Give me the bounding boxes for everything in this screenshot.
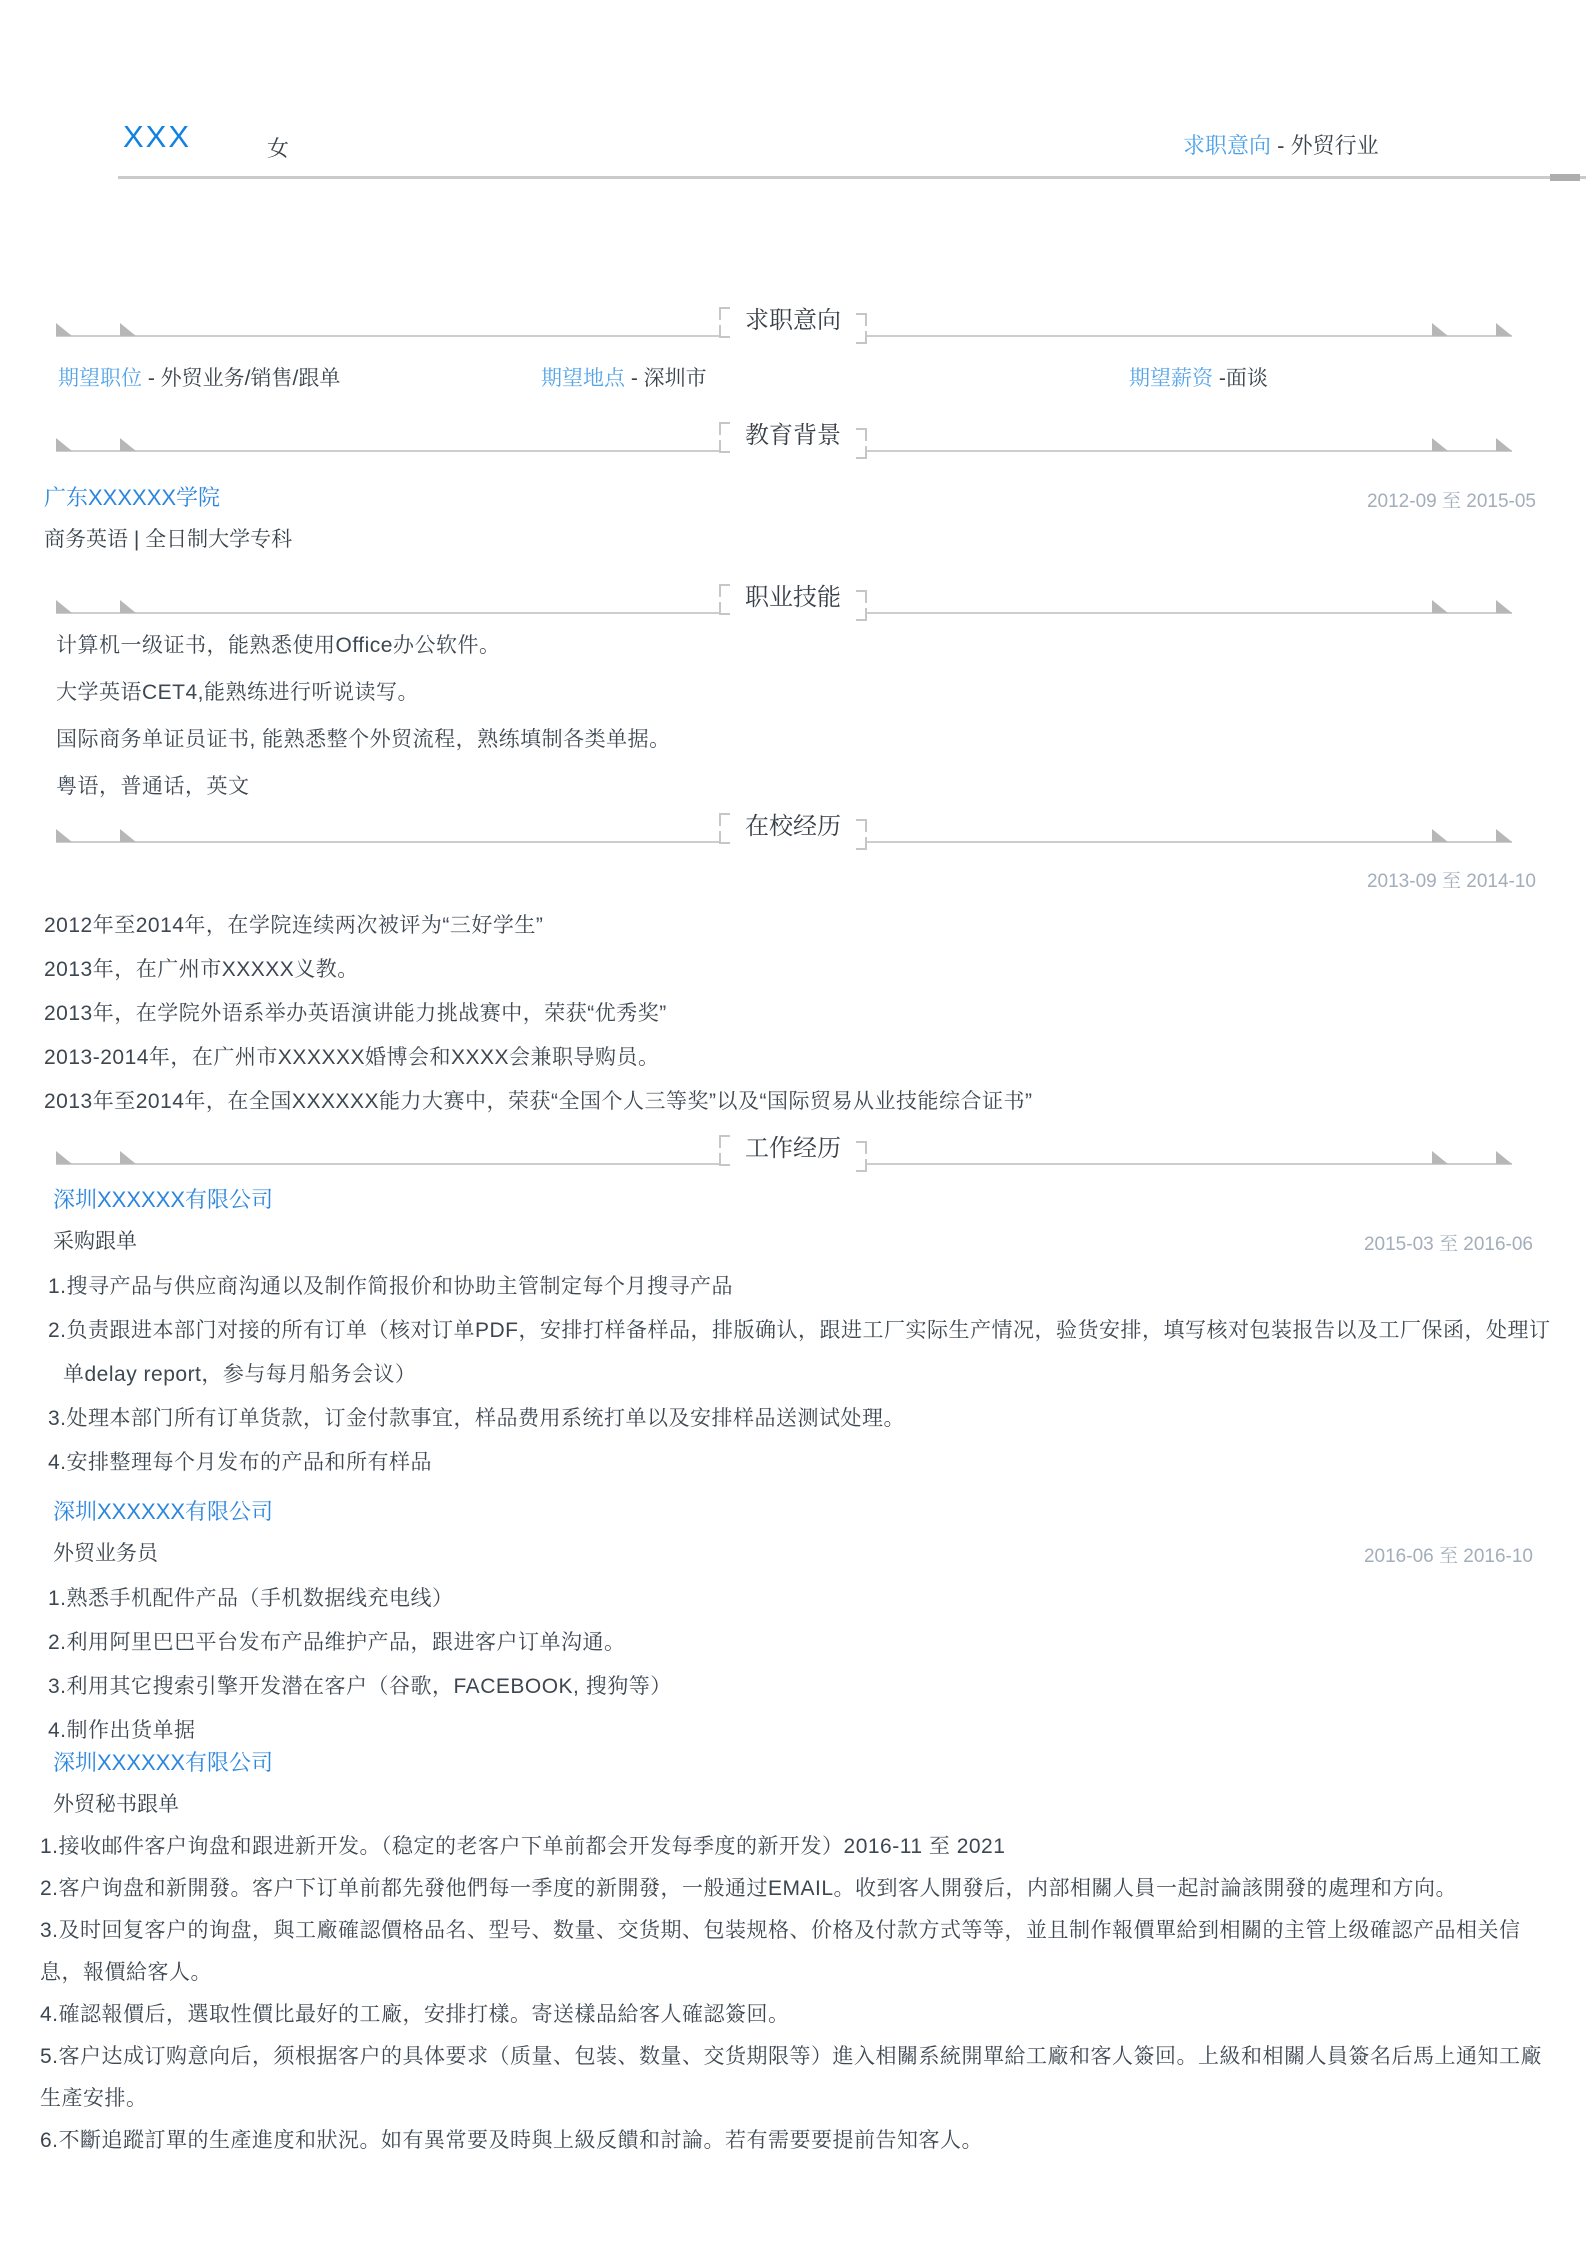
expected-position-label: 期望职位	[58, 367, 142, 390]
skills-list: 计算机一级证书，能熟悉使用Office办公软件。 大学英语CET4,能熟练进行听…	[56, 622, 1536, 810]
triangle-arrow-icon	[1496, 829, 1512, 842]
expected-salary-value: -面谈	[1213, 367, 1268, 390]
section-title-education: 教育背景	[719, 419, 867, 462]
job-role-row: 外贸秘书跟单	[53, 1790, 1533, 1820]
section-title-campus: 在校经历	[719, 810, 867, 853]
section-title-text: 工作经历	[745, 1135, 841, 1162]
header-target-industry: 求职意向 - 外贸行业	[1183, 129, 1379, 160]
job-role-row: 外贸业务员 2016-06 至 2016-10	[53, 1539, 1533, 1569]
corner-bracket-icon	[719, 325, 730, 338]
corner-bracket-icon	[856, 1159, 867, 1172]
campus-item: 2013年，在广州市XXXXX义教。	[44, 948, 1544, 992]
corner-bracket-icon	[856, 819, 867, 832]
expected-position: 期望职位 - 外贸业务/销售/跟单	[58, 362, 340, 392]
expected-location-label: 期望地点	[541, 367, 625, 390]
job-date: 2015-03 至 2016-06	[1364, 1230, 1533, 1260]
job-duty-item: 1.熟悉手机配件产品（手机数据线充电线）	[48, 1577, 1554, 1621]
campus-date: 2013-09 至 2014-10	[1367, 866, 1536, 893]
job-duty-item: 2.客户询盘和新開發。客户下订单前都先發他們每一季度的新開發，一般通过EMAIL…	[40, 1868, 1548, 1910]
job-block: 深圳XXXXXX有限公司 采购跟单 2015-03 至 2016-06 1.搜寻…	[0, 1185, 1586, 1485]
triangle-arrow-icon	[1432, 829, 1448, 842]
job-duty-item: 4.確認報價后，選取性價比最好的工廠，安排打樣。寄送樣品給客人確認簽回。	[40, 1994, 1548, 2036]
corner-bracket-icon	[719, 602, 730, 615]
intention-link: 求职意向	[1183, 133, 1271, 158]
corner-bracket-icon	[856, 590, 867, 603]
job-duty-item: 4.安排整理每个月发布的产品和所有样品	[48, 1441, 1554, 1485]
job-duty-item: 3.及时回复客户的询盘，與工廠確認價格品名、型号、数量、交货期、包装规格、价格及…	[40, 1910, 1548, 1994]
job-duty-list: 1.搜寻产品与供应商沟通以及制作简报价和协助主管制定每个月搜寻产品 2.负责跟进…	[48, 1265, 1554, 1485]
expected-location-value: - 深圳市	[625, 367, 707, 390]
section-header-campus: 在校经历	[0, 803, 1586, 849]
campus-item: 2013年至2014年，在全国XXXXXX能力大赛中，荣获“全国个人三等奖”以及…	[44, 1080, 1544, 1124]
corner-bracket-icon	[856, 1141, 867, 1154]
section-header-education: 教育背景	[0, 412, 1586, 458]
skill-item: 计算机一级证书，能熟悉使用Office办公软件。	[56, 622, 1536, 669]
section-title-text: 在校经历	[745, 813, 841, 840]
skill-item: 大学英语CET4,能熟练进行听说读写。	[56, 669, 1536, 716]
section-header-skills: 职业技能	[0, 574, 1586, 620]
job-block: 深圳XXXXXX有限公司 外贸业务员 2016-06 至 2016-10 1.熟…	[0, 1497, 1586, 1753]
job-duty-item: 4.制作出货单据	[48, 1709, 1554, 1753]
education-date: 2012-09 至 2015-05	[1367, 486, 1536, 513]
scrollbar-thumb[interactable]	[1550, 174, 1580, 181]
expected-salary-label: 期望薪资	[1129, 367, 1213, 390]
triangle-arrow-icon	[1432, 438, 1448, 451]
skill-item: 国际商务单证员证书, 能熟悉整个外贸流程，熟练填制各类单据。	[56, 716, 1536, 763]
section-header-work: 工作经历	[0, 1125, 1586, 1171]
corner-bracket-icon	[719, 422, 730, 435]
resume-page: XXX 女 求职意向 - 外贸行业 求职意向 期望职位 - 外贸业务/销售/跟单…	[0, 0, 1586, 2245]
triangle-arrow-icon	[1432, 600, 1448, 613]
corner-bracket-icon	[719, 307, 730, 320]
section-title-intention: 求职意向	[719, 304, 867, 347]
triangle-arrow-icon	[1496, 1151, 1512, 1164]
company-name: 深圳XXXXXX有限公司	[53, 1185, 1586, 1215]
intention-row: 期望职位 - 外贸业务/销售/跟单 期望地点 - 深圳市 期望薪资 -面谈	[0, 362, 1586, 394]
triangle-arrow-icon	[1496, 438, 1512, 451]
job-duty-item: 1.搜寻产品与供应商沟通以及制作简报价和协助主管制定每个月搜寻产品	[48, 1265, 1554, 1309]
triangle-arrow-icon	[1496, 600, 1512, 613]
school-name: 广东XXXXXX学院	[44, 481, 220, 512]
campus-item: 2013-2014年，在广州市XXXXXX婚博会和XXXX会兼职导购员。	[44, 1036, 1544, 1080]
corner-bracket-icon	[856, 837, 867, 850]
expected-position-value: - 外贸业务/销售/跟单	[142, 367, 340, 390]
section-title-skills: 职业技能	[719, 581, 867, 624]
section-title-text: 求职意向	[745, 307, 841, 334]
job-duty-item: 1.接收邮件客户询盘和跟进新开发。（稳定的老客户下单前都会开发每季度的新开发）2…	[40, 1826, 1548, 1868]
job-title: 外贸业务员	[53, 1542, 158, 1565]
job-duty-item: 5.客户达成订购意向后，须根据客户的具体要求（质量、包装、数量、交货期限等）進入…	[40, 2036, 1548, 2120]
job-duty-item: 6.不斷追蹤訂單的生產進度和狀況。如有異常要及時與上級反饋和討論。若有需要要提前…	[40, 2120, 1548, 2162]
triangle-arrow-icon	[1496, 323, 1512, 336]
corner-bracket-icon	[719, 813, 730, 826]
job-duty-item: 2.利用阿里巴巴平台发布产品维护产品，跟进客户订单沟通。	[48, 1621, 1554, 1665]
corner-bracket-icon	[719, 831, 730, 844]
job-role-row: 采购跟单 2015-03 至 2016-06	[53, 1227, 1533, 1257]
corner-bracket-icon	[719, 1153, 730, 1166]
expected-salary: 期望薪资 -面谈	[1129, 362, 1268, 392]
header-divider	[118, 176, 1586, 179]
section-header-intention: 求职意向	[0, 297, 1586, 343]
job-duty-list: 1.接收邮件客户询盘和跟进新开发。（稳定的老客户下单前都会开发每季度的新开发）2…	[40, 1826, 1548, 2162]
job-duty-item: 3.利用其它搜索引擎开发潜在客户（谷歌，FACEBOOK, 搜狗等）	[48, 1665, 1554, 1709]
triangle-arrow-icon	[1432, 1151, 1448, 1164]
job-duty-item: 2.负责跟进本部门对接的所有订单（核对订单PDF，安排打样备样品，排版确认，跟进…	[48, 1309, 1554, 1397]
expected-location: 期望地点 - 深圳市	[541, 362, 707, 392]
corner-bracket-icon	[719, 440, 730, 453]
job-duty-item: 3.处理本部门所有订单货款，订金付款事宜，样品费用系统打单以及安排样品送测试处理…	[48, 1397, 1554, 1441]
corner-bracket-icon	[856, 608, 867, 621]
major-degree: 商务英语 | 全日制大学专科	[44, 523, 292, 553]
corner-bracket-icon	[856, 428, 867, 441]
section-title-text: 教育背景	[745, 422, 841, 449]
triangle-arrow-icon	[56, 1151, 72, 1164]
job-title: 外贸秘书跟单	[53, 1793, 179, 1816]
job-title: 采购跟单	[53, 1230, 137, 1253]
corner-bracket-icon	[719, 584, 730, 597]
job-duty-list: 1.熟悉手机配件产品（手机数据线充电线） 2.利用阿里巴巴平台发布产品维护产品，…	[48, 1577, 1554, 1753]
campus-item: 2013年，在学院外语系举办英语演讲能力挑战赛中，荣获“优秀奖”	[44, 992, 1544, 1036]
company-name: 深圳XXXXXX有限公司	[53, 1748, 1586, 1778]
campus-list: 2012年至2014年，在学院连续两次被评为“三好学生” 2013年，在广州市X…	[44, 904, 1544, 1124]
triangle-arrow-icon	[1432, 323, 1448, 336]
candidate-gender: 女	[267, 132, 289, 163]
job-date: 2016-06 至 2016-10	[1364, 1542, 1533, 1572]
corner-bracket-icon	[856, 331, 867, 344]
corner-bracket-icon	[856, 313, 867, 326]
section-title-text: 职业技能	[745, 584, 841, 611]
job-block: 深圳XXXXXX有限公司 外贸秘书跟单 1.接收邮件客户询盘和跟进新开发。（稳定…	[0, 1748, 1586, 2162]
corner-bracket-icon	[719, 1135, 730, 1148]
triangle-arrow-icon	[120, 1151, 136, 1164]
section-title-work: 工作经历	[719, 1132, 867, 1175]
company-name: 深圳XXXXXX有限公司	[53, 1497, 1586, 1527]
corner-bracket-icon	[856, 446, 867, 459]
candidate-name: XXX	[123, 119, 191, 155]
target-industry-value: - 外贸行业	[1271, 133, 1379, 158]
campus-item: 2012年至2014年，在学院连续两次被评为“三好学生”	[44, 904, 1544, 948]
